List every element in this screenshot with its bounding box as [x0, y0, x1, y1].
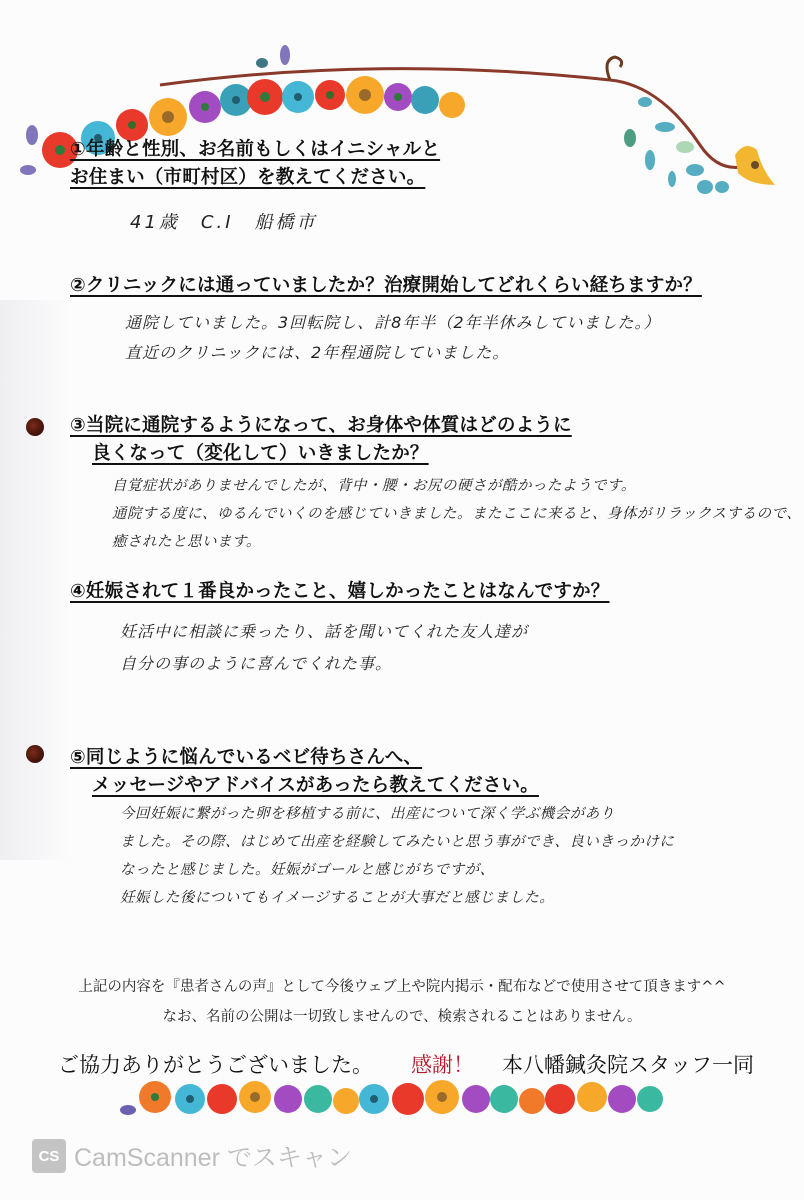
answer-5-line-4: 妊娠した後についてもイメージすることが大事だと感じました。	[120, 884, 674, 912]
answer-1: 41歳 C.I 船橋市	[130, 208, 318, 238]
answer-3: 自覚症状がありませんでしたが、背中・腰・お尻の硬さが酷かったようです。 通院する…	[112, 472, 801, 556]
closing-thanks: ご協力ありがとうございました。	[58, 1053, 373, 1077]
answer-2-line-1: 通院していました。3回転院し、計8年半（2年半休みしていました。）	[125, 308, 661, 338]
answer-4-line-2: 自分の事のように喜んでくれた事。	[120, 648, 528, 680]
watermark-text: CamScanner でスキャン	[74, 1138, 352, 1174]
question-1-line-2: お住まい（市町村区）を教えてください。	[70, 164, 440, 192]
answer-2-line-2: 直近のクリニックには、2年程通院していました。	[125, 338, 661, 368]
question-4: ④妊娠されて１番良かったこと、嬉しかったことはなんですか？	[70, 578, 609, 606]
answer-4-line-1: 妊活中に相談に乗ったり、話を聞いてくれた友人達が	[120, 616, 528, 648]
answer-5-line-1: 今回妊娠に繋がった卵を移植する前に、出産について深く学ぶ機会があり	[120, 800, 674, 828]
question-3-line-1: ③当院に通院するようになって、お身体や体質はどのように	[70, 412, 572, 440]
closing-accent: 感謝！	[411, 1053, 474, 1077]
answer-2: 通院していました。3回転院し、計8年半（2年半休みしていました。） 直近のクリニ…	[125, 308, 661, 368]
answer-5-line-3: なったと感じました。妊娠がゴールと感じがちですが、	[120, 856, 674, 884]
punch-hole-bottom	[26, 745, 44, 763]
answer-5: 今回妊娠に繋がった卵を移植する前に、出産について深く学ぶ機会があり ました。その…	[120, 800, 674, 912]
answer-4: 妊活中に相談に乗ったり、話を聞いてくれた友人達が 自分の事のように喜んでくれた事…	[120, 616, 528, 680]
answer-5-line-2: ました。その際、はじめて出産を経験してみたいと思う事ができ、良いきっかけに	[120, 828, 674, 856]
answer-3-line-2: 通院する度に、ゆるんでいくのを感じていきました。またここに来ると、身体がリラック…	[112, 500, 801, 528]
question-3: ③当院に通院するようになって、お身体や体質はどのように 良くなって（変化して）い…	[70, 412, 572, 468]
question-5: ⑤同じように悩んでいるベビ待ちさんへ、 メッセージやアドバイスがあったら教えてく…	[70, 744, 539, 800]
camscanner-watermark: CS CamScanner でスキャン	[32, 1138, 352, 1174]
usage-notice-line-2: なお、名前の公開は一切致しませんので、検索されることはありません。	[0, 1004, 804, 1030]
question-2-line-1: ②クリニックには通っていましたか？治療開始してどれくらい経ちますか？	[70, 272, 702, 300]
question-1-line-1: ①年齢と性別、お名前もしくはイニシャルと	[70, 136, 440, 164]
answer-1-line-1: 41歳 C.I 船橋市	[130, 208, 318, 238]
usage-notice-line-1: 上記の内容を『患者さんの声』として今後ウェブ上や院内掲示・配布などで使用させて頂…	[0, 974, 804, 1000]
closing-staff: 本八幡鍼灸院スタッフ一同	[502, 1053, 754, 1077]
question-5-line-1: ⑤同じように悩んでいるベビ待ちさんへ、	[70, 744, 539, 772]
scan-shadow	[0, 300, 70, 860]
question-4-line-1: ④妊娠されて１番良かったこと、嬉しかったことはなんですか？	[70, 578, 609, 606]
question-1: ①年齢と性別、お名前もしくはイニシャルと お住まい（市町村区）を教えてください。	[70, 136, 440, 192]
question-2: ②クリニックには通っていましたか？治療開始してどれくらい経ちますか？	[70, 272, 702, 300]
question-5-line-2: メッセージやアドバイスがあったら教えてください。	[70, 772, 539, 800]
answer-3-line-1: 自覚症状がありませんでしたが、背中・腰・お尻の硬さが酷かったようです。	[112, 472, 801, 500]
punch-hole-top	[26, 418, 44, 436]
camscanner-logo-icon: CS	[32, 1139, 66, 1173]
flower-garland-bottom-icon	[110, 1075, 690, 1125]
answer-3-line-3: 癒されたと思います。	[112, 528, 801, 556]
question-3-line-2: 良くなって（変化して）いきましたか？	[70, 440, 572, 468]
